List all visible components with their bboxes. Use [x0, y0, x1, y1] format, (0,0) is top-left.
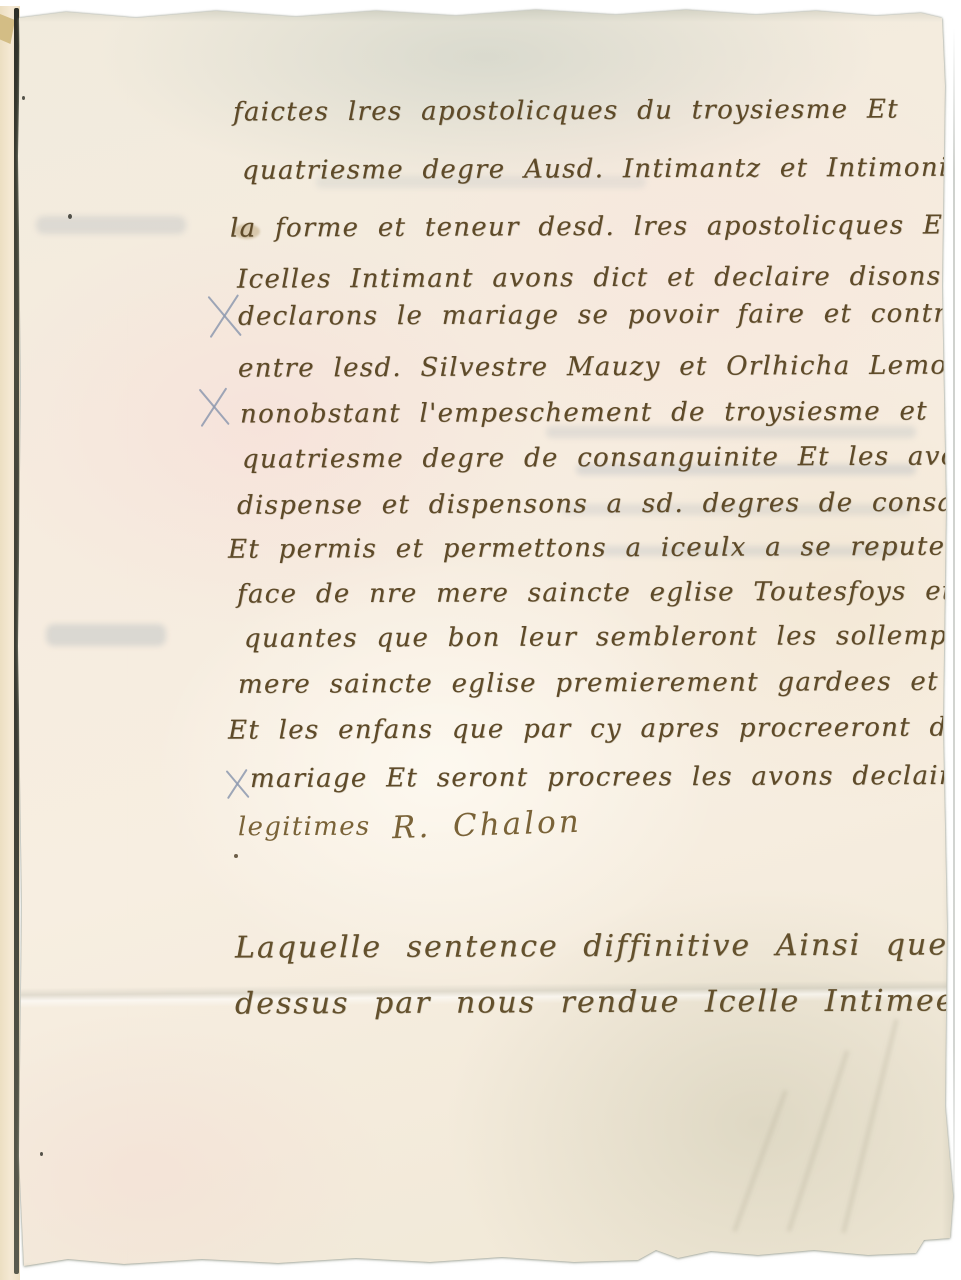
handwritten-text-block: faictes lres apostolicques du troysiesme…	[16, 6, 956, 1276]
manuscript-line: dispense et dispensons a sd. degres de c…	[237, 489, 961, 519]
parchment-surface: faictes lres apostolicques du troysiesme…	[16, 6, 956, 1276]
manuscript-line: Et permis et permettons a iceulx a se re…	[228, 533, 961, 563]
margin-x-mark	[222, 766, 252, 800]
manuscript-line: quatriesme degre Ausd. Intimantz et Inti…	[242, 154, 961, 184]
signature: R. Chalon	[392, 807, 583, 845]
manuscript-line: Icelles Intimant avons dict et declaire …	[237, 263, 961, 292]
manuscript-line: nonobstant l'empeschement de troysiesme …	[240, 398, 928, 427]
manuscript-line: Et les enfans que par cy apres procreero…	[228, 714, 961, 743]
manuscript-closing-line: dessus par nous rendue Icelle Intimee	[235, 986, 956, 1019]
manuscript-line: mariage Et seront procrees les avons dec…	[250, 762, 961, 792]
manuscript-line: la forme et teneur desd. lres apostolicq…	[230, 212, 955, 241]
parchment-page: faictes lres apostolicques du troysiesme…	[16, 6, 956, 1276]
manuscript-line: legitimes	[238, 814, 371, 841]
manuscript-line: face de nre mere saincte eglise Toutesfo…	[237, 578, 954, 607]
manuscript-line: quatriesme degre de consanguinite Et les…	[242, 443, 961, 472]
manuscript-line: quantes que bon leur sembleront les soll…	[244, 622, 961, 652]
manuscript-line: entre lesd. Silvestre Mauzy et Orlhicha …	[238, 352, 961, 381]
manuscript-scan: faictes lres apostolicques du troysiesme…	[0, 0, 961, 1280]
manuscript-closing-line: Laquelle sentence diffinitive Ainsi que	[235, 930, 948, 963]
manuscript-line: faictes lres apostolicques du troysiesme…	[233, 97, 899, 126]
manuscript-line: mere saincte eglise premierement gardees…	[238, 668, 961, 698]
binding-corner	[0, 14, 15, 44]
margin-x-mark	[203, 293, 247, 337]
margin-x-mark	[194, 385, 234, 427]
manuscript-line: declarons le mariage se povoir faire et …	[238, 300, 961, 330]
